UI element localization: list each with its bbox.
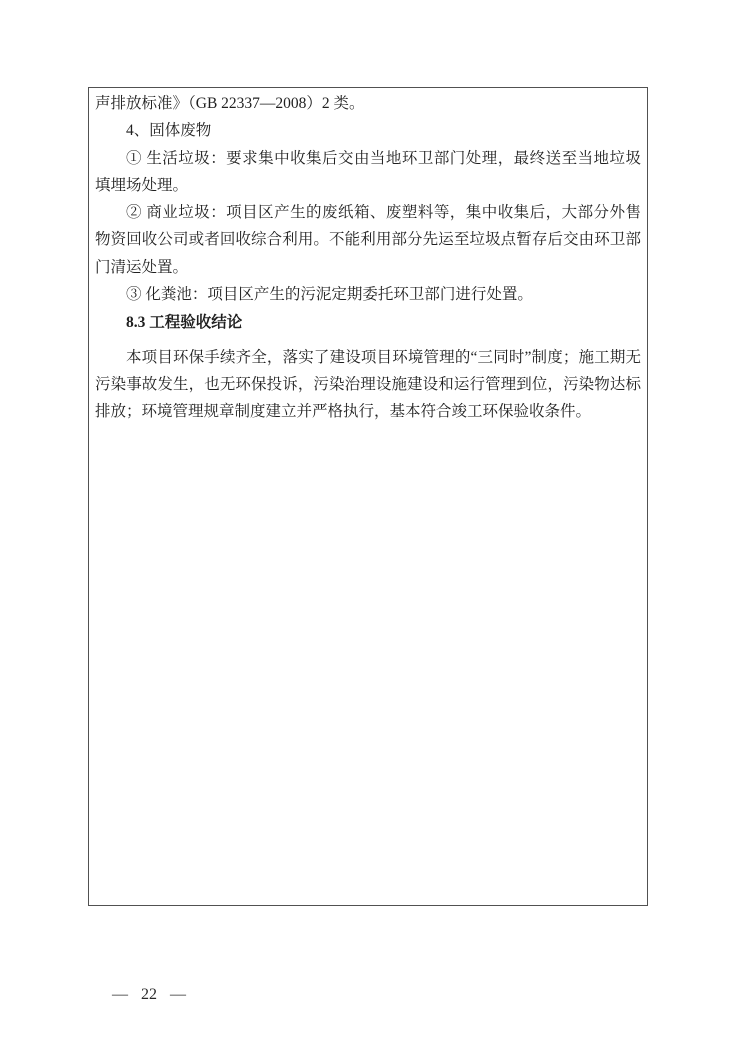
- paragraph-solid-waste-title: 4、固体废物: [95, 117, 641, 144]
- document-border-frame: 声排放标准》（GB 22337—2008）2 类。 4、固体废物 ① 生活垃圾：…: [88, 87, 648, 906]
- footer-dash-right: —: [170, 986, 186, 1004]
- paragraph-household-waste: ① 生活垃圾：要求集中收集后交由当地环卫部门处理，最终送至当地垃圾填埋场处理。: [95, 145, 641, 200]
- section-heading-project-acceptance-conclusion: 8.3 工程验收结论: [95, 309, 641, 336]
- paragraph-noise-standard: 声排放标准》（GB 22337—2008）2 类。: [95, 90, 641, 117]
- paragraph-commercial-waste: ② 商业垃圾：项目区产生的废纸箱、废塑料等，集中收集后，大部分外售物资回收公司或…: [95, 199, 641, 281]
- paragraph-septic-tank: ③ 化粪池：项目区产生的污泥定期委托环卫部门进行处置。: [95, 281, 641, 308]
- page-footer: — 22 —: [112, 986, 186, 1004]
- footer-dash-left: —: [112, 986, 128, 1004]
- paragraph-conclusion: 本项目环保手续齐全，落实了建设项目环境管理的“三同时”制度；施工期无污染事故发生…: [95, 344, 641, 426]
- page-number: 22: [141, 986, 157, 1004]
